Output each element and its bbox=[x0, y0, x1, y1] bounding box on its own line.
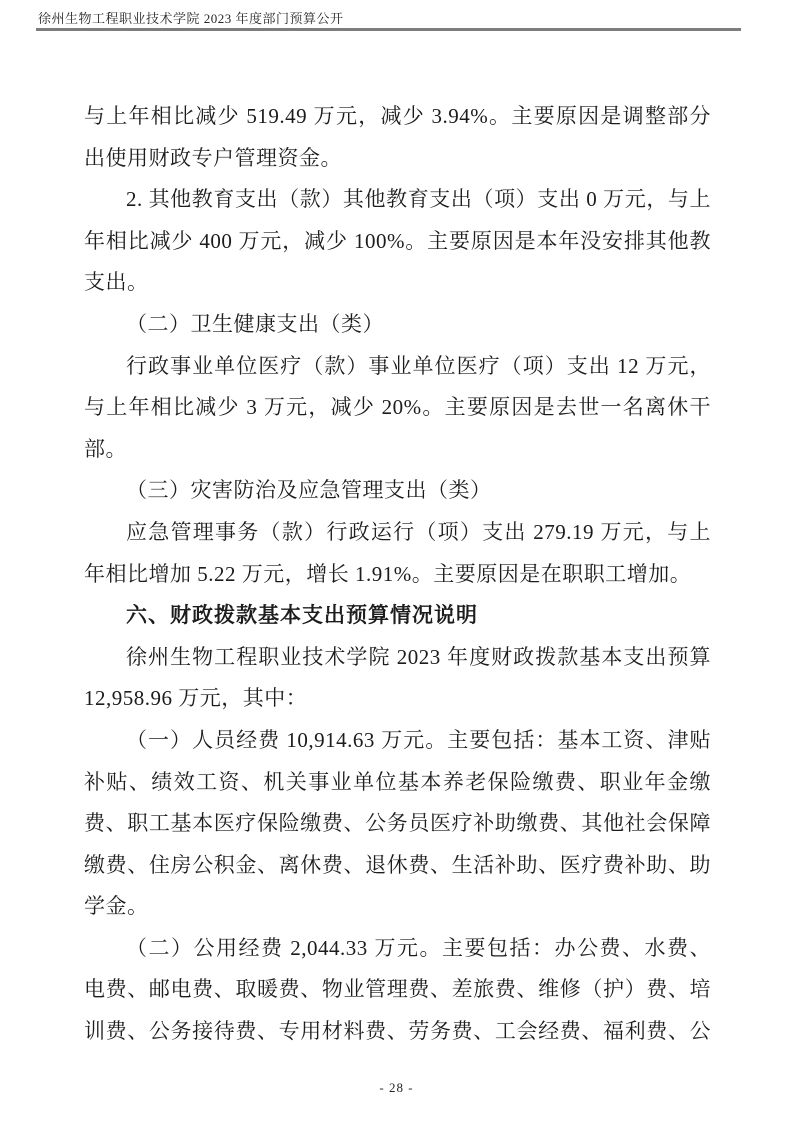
paragraph-disaster-emergency-detail: 应急管理事务（款）行政运行（项）支出 279.19 万元，与上年相比增加 5.2… bbox=[84, 512, 711, 595]
document-page: 徐州生物工程职业技术学院 2023 年度部门预算公开 与上年相比减少 519.4… bbox=[0, 0, 793, 1122]
page-number: - 28 - bbox=[379, 1080, 413, 1095]
text-line: 部。 bbox=[84, 429, 711, 471]
text-line: 训费、公务接待费、专用材料费、劳务费、工会经费、福利费、公 bbox=[84, 1011, 711, 1053]
paragraph-education-spending-continued: 与上年相比减少 519.49 万元，减少 3.94%。主要原因是调整部分支出使用… bbox=[84, 96, 711, 179]
paragraph-personnel-funds: （一）人员经费 10,914.63 万元。主要包括：基本工资、津贴补贴、绩效工资… bbox=[84, 720, 711, 928]
document-body: 与上年相比减少 519.49 万元，减少 3.94%。主要原因是调整部分支出使用… bbox=[84, 96, 711, 1053]
paragraph-health-spending-title: （二）卫生健康支出（类） bbox=[84, 304, 711, 346]
text-line: 应急管理事务（款）行政运行（项）支出 279.19 万元，与上 bbox=[84, 512, 711, 554]
text-line: 2. 其他教育支出（款）其他教育支出（项）支出 0 万元，与上 bbox=[84, 179, 711, 221]
text-line: 与上年相比减少 3 万元，减少 20%。主要原因是去世一名离休干 bbox=[84, 387, 711, 429]
text-line: 学金。 bbox=[84, 886, 711, 928]
text-line: （三）灾害防治及应急管理支出（类） bbox=[84, 470, 711, 512]
text-line: 与上年相比减少 519.49 万元，减少 3.94%。主要原因是调整部分支 bbox=[84, 96, 711, 138]
text-line: 徐州生物工程职业技术学院 2023 年度财政拨款基本支出预算 bbox=[84, 637, 711, 679]
text-line: （二）卫生健康支出（类） bbox=[84, 304, 711, 346]
section-heading: 六、财政拨款基本支出预算情况说明 bbox=[84, 595, 711, 637]
page-footer: - 28 - bbox=[0, 1080, 793, 1096]
paragraph-disaster-emergency-title: （三）灾害防治及应急管理支出（类） bbox=[84, 470, 711, 512]
text-line: 年相比减少 400 万元，减少 100%。主要原因是本年没安排其他教育 bbox=[84, 221, 711, 263]
text-line: 六、财政拨款基本支出预算情况说明 bbox=[84, 595, 711, 637]
text-line: 支出。 bbox=[84, 262, 711, 304]
text-line: 出使用财政专户管理资金。 bbox=[84, 138, 711, 180]
text-line: 补贴、绩效工资、机关事业单位基本养老保险缴费、职业年金缴 bbox=[84, 762, 711, 804]
paragraph-other-education-spending: 2. 其他教育支出（款）其他教育支出（项）支出 0 万元，与上年相比减少 400… bbox=[84, 179, 711, 304]
header-title: 徐州生物工程职业技术学院 2023 年度部门预算公开 bbox=[38, 11, 344, 27]
paragraph-public-funds: （二）公用经费 2,044.33 万元。主要包括：办公费、水费、电费、邮电费、取… bbox=[84, 928, 711, 1053]
text-line: 缴费、住房公积金、离休费、退休费、生活补助、医疗费补助、助 bbox=[84, 845, 711, 887]
text-line: 12,958.96 万元，其中： bbox=[84, 678, 711, 720]
header-divider bbox=[36, 28, 741, 31]
text-line: （一）人员经费 10,914.63 万元。主要包括：基本工资、津贴 bbox=[84, 720, 711, 762]
paragraph-health-spending-detail: 行政事业单位医疗（款）事业单位医疗（项）支出 12 万元，与上年相比减少 3 万… bbox=[84, 346, 711, 471]
paragraph-basic-expenditure-intro: 徐州生物工程职业技术学院 2023 年度财政拨款基本支出预算12,958.96 … bbox=[84, 637, 711, 720]
text-line: 费、职工基本医疗保险缴费、公务员医疗补助缴费、其他社会保障 bbox=[84, 803, 711, 845]
text-line: （二）公用经费 2,044.33 万元。主要包括：办公费、水费、 bbox=[84, 928, 711, 970]
text-line: 行政事业单位医疗（款）事业单位医疗（项）支出 12 万元， bbox=[84, 346, 711, 388]
text-line: 电费、邮电费、取暖费、物业管理费、差旅费、维修（护）费、培 bbox=[84, 969, 711, 1011]
text-line: 年相比增加 5.22 万元，增长 1.91%。主要原因是在职职工增加。 bbox=[84, 554, 711, 596]
